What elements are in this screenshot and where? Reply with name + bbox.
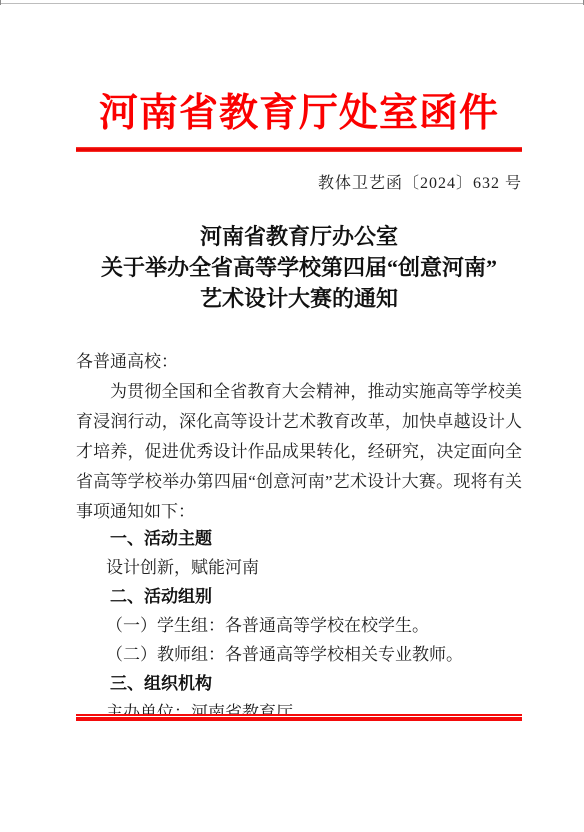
document-title-line-1: 河南省教育厅办公室 [56, 221, 542, 252]
document-page: 河南省教育厅处室函件 教体卫艺函〔2024〕632 号 河南省教育厅办公室 关于… [0, 0, 584, 832]
footer-double-red-rule [76, 714, 522, 721]
document-number: 教体卫艺函〔2024〕632 号 [76, 171, 522, 197]
page-corner-mark-left [0, 0, 1, 5]
section-2-item-2: （二）教师组：各普通高等学校相关专业教师。 [76, 640, 522, 669]
document-body: 各普通高校： 为贯彻全国和全省教育大会精神，推动实施高等学校美育浸润行动，深化高… [76, 347, 522, 727]
section-1-item-1: 设计创新，赋能河南 [76, 553, 522, 582]
salutation: 各普通高校： [76, 347, 522, 377]
section-1-heading: 一、活动主题 [76, 524, 522, 553]
document-title-line-2: 关于举办全省高等学校第四届“创意河南” [56, 252, 542, 283]
opening-paragraph: 为贯彻全国和全省教育大会精神，推动实施高等学校美育浸润行动，深化高等设计艺术教育… [76, 377, 522, 527]
letterhead-title: 河南省教育厅处室函件 [76, 90, 522, 138]
sections: 一、活动主题 设计创新，赋能河南 二、活动组别 （一）学生组：各普通高等学校在校… [76, 524, 522, 727]
section-2-item-1: （一）学生组：各普通高等学校在校学生。 [76, 611, 522, 640]
page-top-border [0, 3, 584, 4]
section-3-heading: 三、组织机构 [76, 669, 522, 698]
section-3-item-1: 主办单位：河南省教育厅 [76, 698, 522, 727]
document-title: 河南省教育厅办公室 关于举办全省高等学校第四届“创意河南” 艺术设计大赛的通知 [56, 221, 542, 314]
document-title-line-3: 艺术设计大赛的通知 [56, 283, 542, 314]
letterhead-red-rule [76, 147, 522, 152]
section-2-heading: 二、活动组别 [76, 582, 522, 611]
